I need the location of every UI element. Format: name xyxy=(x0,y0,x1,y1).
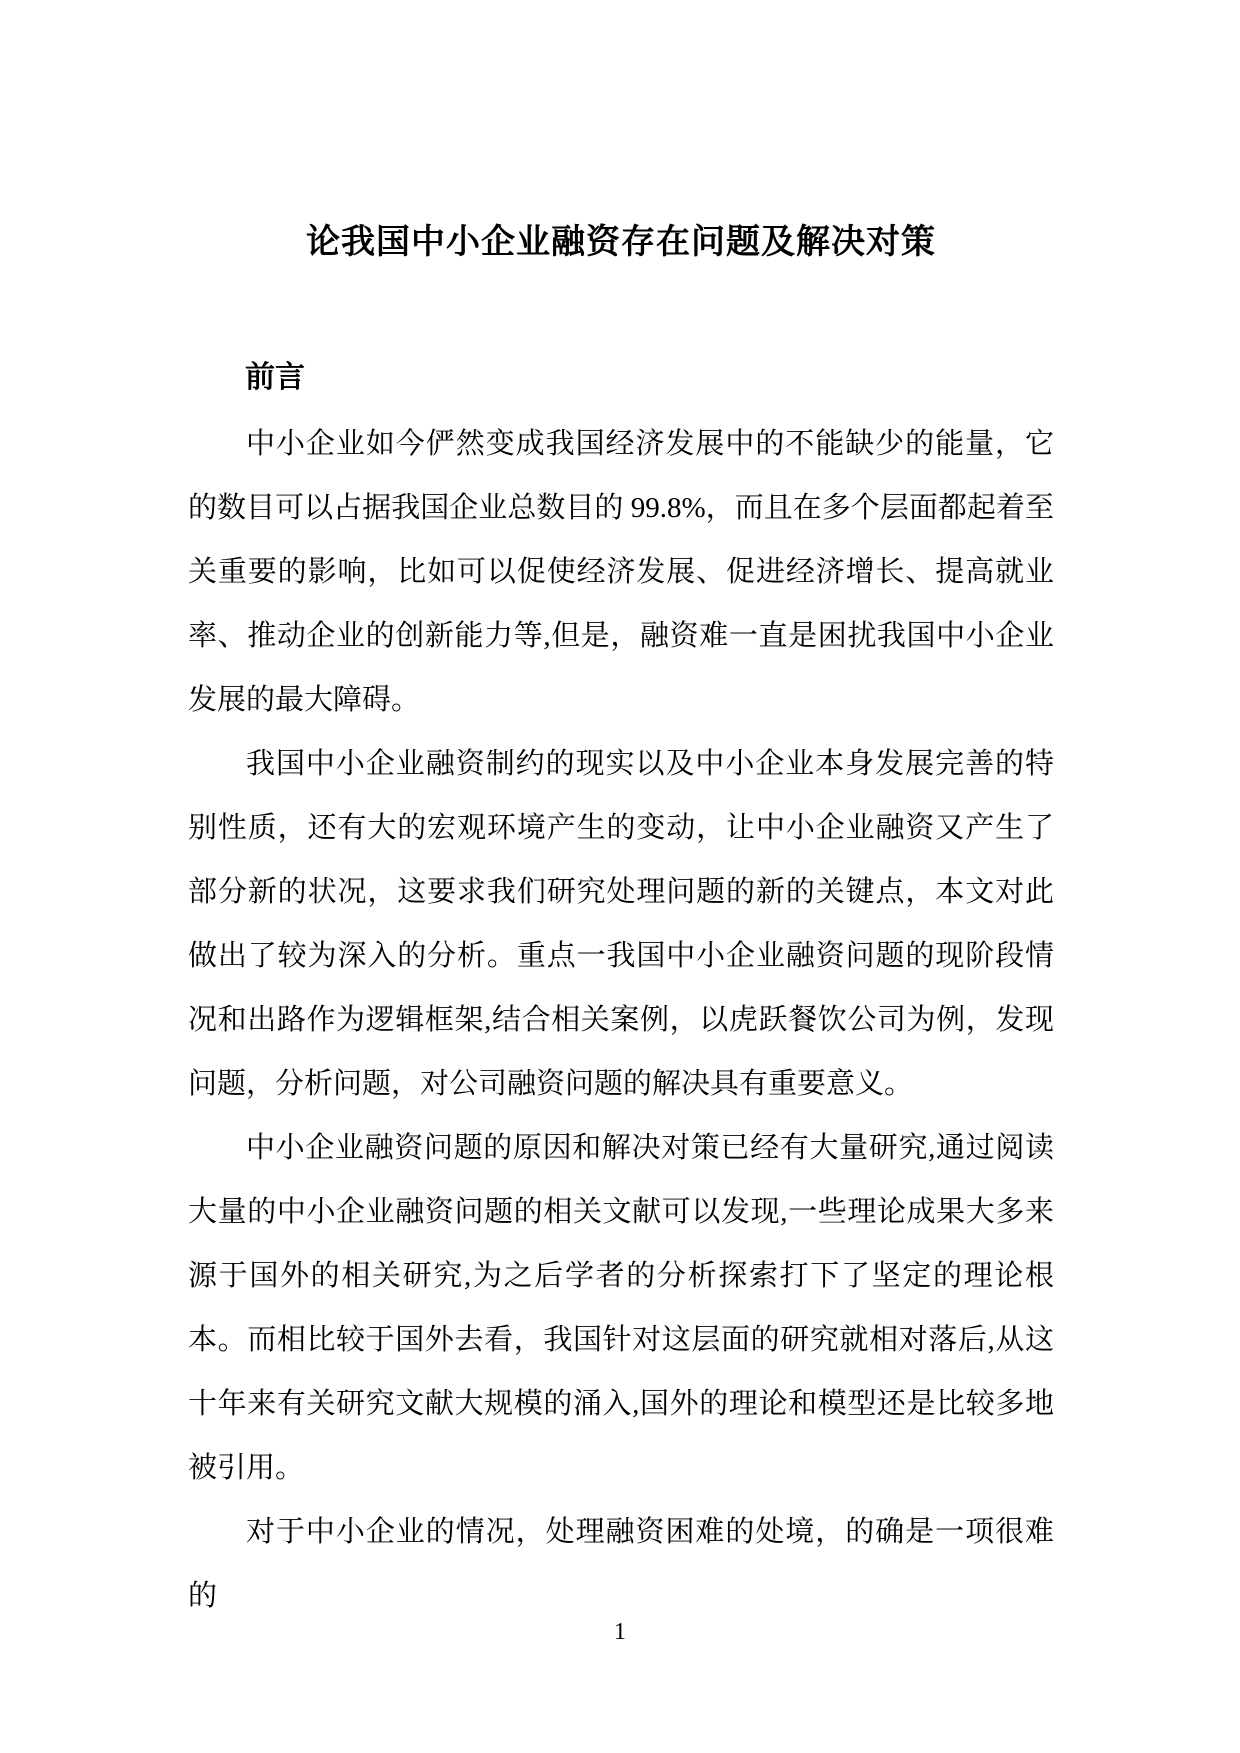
page-number: 1 xyxy=(0,1618,1240,1646)
paragraph-3: 中小企业融资问题的原因和解决对策已经有大量研究,通过阅读大量的中小企业融资问题的… xyxy=(188,1116,1054,1500)
paragraph-4: 对于中小企业的情况，处理融资困难的处境，的确是一项很难的 xyxy=(188,1500,1054,1628)
paragraph-1: 中小企业如今俨然变成我国经济发展中的不能缺少的能量，它的数目可以占据我国企业总数… xyxy=(188,412,1054,732)
section-heading-preface: 前言 xyxy=(188,361,1054,395)
document-page: 论我国中小企业融资存在问题及解决对策 前言 中小企业如今俨然变成我国经济发展中的… xyxy=(0,0,1240,1753)
document-title: 论我国中小企业融资存在问题及解决对策 xyxy=(188,0,1054,262)
paragraph-2: 我国中小企业融资制约的现实以及中小企业本身发展完善的特别性质，还有大的宏观环境产… xyxy=(188,732,1054,1116)
